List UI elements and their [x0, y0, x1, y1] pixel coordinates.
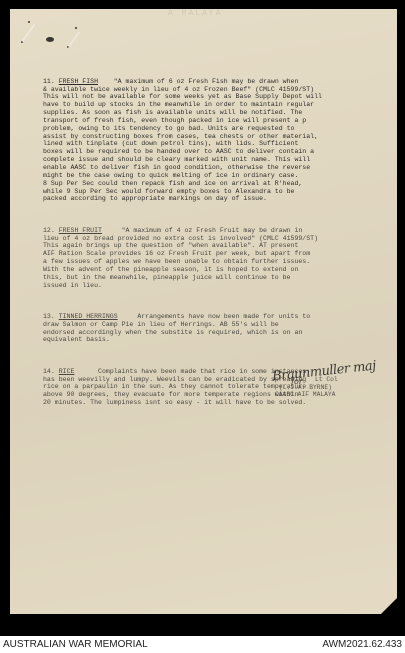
text-line: & available twice weekly in lieu of 4 oz… [43, 86, 314, 93]
text-line: above 90 degrees, they evacuate for more… [43, 391, 298, 398]
institution-label: AUSTRALIAN WAR MEMORIAL [3, 639, 148, 650]
punch-hole [46, 37, 54, 42]
text-line: AIF Ration Scale provides 16 oz Fresh Fr… [43, 250, 310, 257]
torn-corner [381, 598, 397, 614]
text-line: enable AASC to deliver fish in good cond… [43, 164, 310, 171]
text-line: supplies. As soon as fish is available u… [43, 109, 302, 116]
text-line: 20 minutes. The lumpiness isnt so easy -… [43, 399, 306, 406]
paper-crease [67, 31, 80, 49]
para-heading: FRESH FRUIT [59, 227, 102, 234]
text-line: equivalent basis. [43, 336, 110, 343]
text-line: have to build up stocks in the meanwhile… [43, 101, 314, 108]
footer-bar: AUSTRALIAN WAR MEMORIAL AWM2021.62.433 [0, 636, 405, 653]
punch-hole-small [28, 21, 30, 23]
text-line: "A maximum of 4 oz Fresh Fruit may be dr… [122, 227, 303, 234]
paragraph-12: 12. FRESH FRUIT "A maximum of 4 oz Fresh… [43, 227, 383, 290]
para-number: 14. [43, 368, 55, 375]
accession-number: AWM2021.62.433 [322, 639, 402, 650]
punch-hole-small [75, 27, 77, 29]
signature-rank: Lt Col [275, 376, 395, 384]
para-number: 12. [43, 227, 55, 234]
text-line: rice on a parpaulin in the sun. As they … [43, 383, 306, 390]
text-line: issued in lieu. [43, 282, 102, 289]
signature-title: CAASC AIF MALAYA [275, 391, 395, 399]
text-line: Arrangements have now been made for unit… [137, 313, 310, 320]
text-line: has been weevilly and lumpy. Weevils can… [43, 376, 306, 383]
text-line: lined with tinplate (cut down petrol tin… [43, 140, 298, 147]
text-line: endorsed accordingly when the substite i… [43, 329, 302, 336]
text-line: "A maximum of 6 oz Fresh Fish may be dra… [114, 78, 299, 85]
text-line: packed according to appropriate markings… [43, 195, 267, 202]
text-line: while 9 Sup Per Sec would forward empty … [43, 188, 294, 195]
signature-block: Lt Col (L.J.A. BYRNE) CAASC AIF MALAYA [275, 368, 395, 399]
para-heading: RICE [59, 368, 75, 375]
text-line: draw Salmon or Camp Pie in lieu of Herri… [43, 321, 279, 328]
text-line: This again brings up the question of "wh… [43, 242, 298, 249]
text-line: might be the case owing to quick melting… [43, 172, 298, 179]
para-number: 11. [43, 78, 55, 85]
text-line: 8 Sup Per Sec could then repack fish and… [43, 180, 302, 187]
text-line: boxes will be required to be handed over… [43, 148, 314, 155]
text-line: complete issue and should be cleary mark… [43, 156, 310, 163]
text-line: With the advent of the pineapple season,… [43, 266, 298, 273]
text-line: lieu of 4 oz bread provided no extra cos… [43, 235, 318, 242]
paragraph-11: 11. FRESH FISH "A maximum of 6 oz Fresh … [43, 78, 383, 204]
text-line: assist by constructing boxes from cases,… [43, 133, 318, 140]
text-line: transport of fresh fish, even though pac… [43, 117, 306, 124]
paper-crease [21, 23, 35, 42]
para-number: 13. [43, 313, 55, 320]
para-heading: FRESH FISH [59, 78, 98, 85]
text-line: problem, owing to its tendency to go bad… [43, 125, 294, 132]
text-line: this, but in the meanwhile, pineapple ju… [43, 274, 291, 281]
faint-heading: A MALAYA [168, 9, 222, 18]
text-line: a few issues of apples we have been unab… [43, 258, 310, 265]
para-heading: TINNED HERRINGS [59, 313, 118, 320]
paragraph-13: 13. TINNED HERRINGS Arrangements have no… [43, 313, 383, 344]
signature-name: (L.J.A. BYRNE) [275, 384, 395, 392]
text-line: This will not be available for some week… [43, 93, 322, 100]
